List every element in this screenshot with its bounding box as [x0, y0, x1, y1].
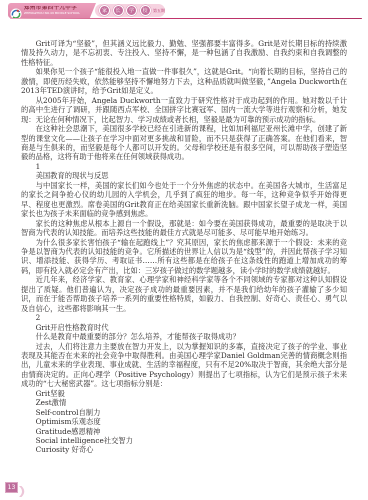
series-badge-4: 校	[140, 5, 151, 16]
article-body: Grit可译为“坚毅”，但其涵义远比毅力、勤勉、坚强都要丰富得多。Grit是对长…	[21, 39, 347, 455]
series-badge-2: 长	[113, 5, 124, 16]
list-item: Grit坚毅	[21, 389, 347, 398]
list-item: Self-control自制力	[21, 408, 347, 417]
school-subtitle: ZHENGZHOU NO.49 MIDDLE SCHOOL	[24, 12, 80, 15]
header-ribbon: 郑州市第四十九中学 ZHENGZHOU NO.49 MIDDLE SCHOOL	[8, 3, 96, 18]
list-item: Optimism乐观态度	[21, 417, 347, 426]
section-number: 2	[21, 313, 347, 322]
paragraph: 在这种社会思潮下，美国很多学校已经在引进新的课程，比如加利福尼亚州长滩中学，创建…	[21, 124, 347, 162]
header-series-pill: 家 长 学 校 第五期	[95, 4, 165, 17]
list-item: Social intelligence社交智力	[21, 436, 347, 445]
paragraph: 为什么很多家长害怕孩子“输在起跑线上”？究其原因，家长的焦虑都来源于一个假设：未…	[21, 238, 347, 276]
paragraph: 过去，人们将注意力主要放在智力开发上，以为掌握知识的多寡，直接决定了孩子的学业、…	[21, 342, 347, 389]
series-badge-3: 学	[126, 5, 137, 16]
paragraph: 与中国家长一样，美国的家长们如今也处于一个分外焦虑的状态中。在美国各大城市，生活…	[21, 181, 347, 219]
document-page: 郑州市第四十九中学 ZHENGZHOU NO.49 MIDDLE SCHOOL …	[0, 0, 368, 500]
page-arrow-icon	[19, 482, 27, 493]
paragraph: 什么是教育中最重要的部分？怎么培养，才能帮孩子取得成功？	[21, 332, 347, 341]
paragraph: Grit可译为“坚毅”，但其涵义远比毅力、勤勉、坚强都要丰富得多。Grit是对长…	[21, 39, 347, 67]
list-item: Zest激情	[21, 398, 347, 407]
school-logo-icon	[10, 5, 22, 17]
issue-label: 第五期	[153, 8, 165, 14]
series-badge-1: 家	[99, 5, 110, 16]
paragraph: 家长的这种焦虑从根本上源自一个假设，那就是：如今要在美国获得成功，最重要的是取决…	[21, 219, 347, 238]
header-rule-line	[10, 18, 362, 19]
section-heading: Grit开启性格教育时代	[21, 323, 347, 332]
paragraph: 近几年来，经济学家、教育家、心理学家和神经科学家等各个不同领域的专家都对这种认知…	[21, 275, 347, 313]
page-number-badge: 13	[5, 482, 18, 493]
section-number: 1	[21, 162, 347, 171]
school-identity: 郑州市第四十九中学 ZHENGZHOU NO.49 MIDDLE SCHOOL	[24, 6, 80, 16]
paragraph: 从2005年开始，Angela Duckworth一直致力于研究性格对于成功起到…	[21, 96, 347, 124]
list-item: Gratitude感恩精神	[21, 427, 347, 436]
list-item: Curiosity 好奇心	[21, 445, 347, 454]
paragraph: 如果你见一个孩子“能很投入地一直做一件事很久”，这就是Grit。“向着长期的目标…	[21, 67, 347, 95]
section-heading: 美国教育的现状与反思	[21, 171, 347, 180]
